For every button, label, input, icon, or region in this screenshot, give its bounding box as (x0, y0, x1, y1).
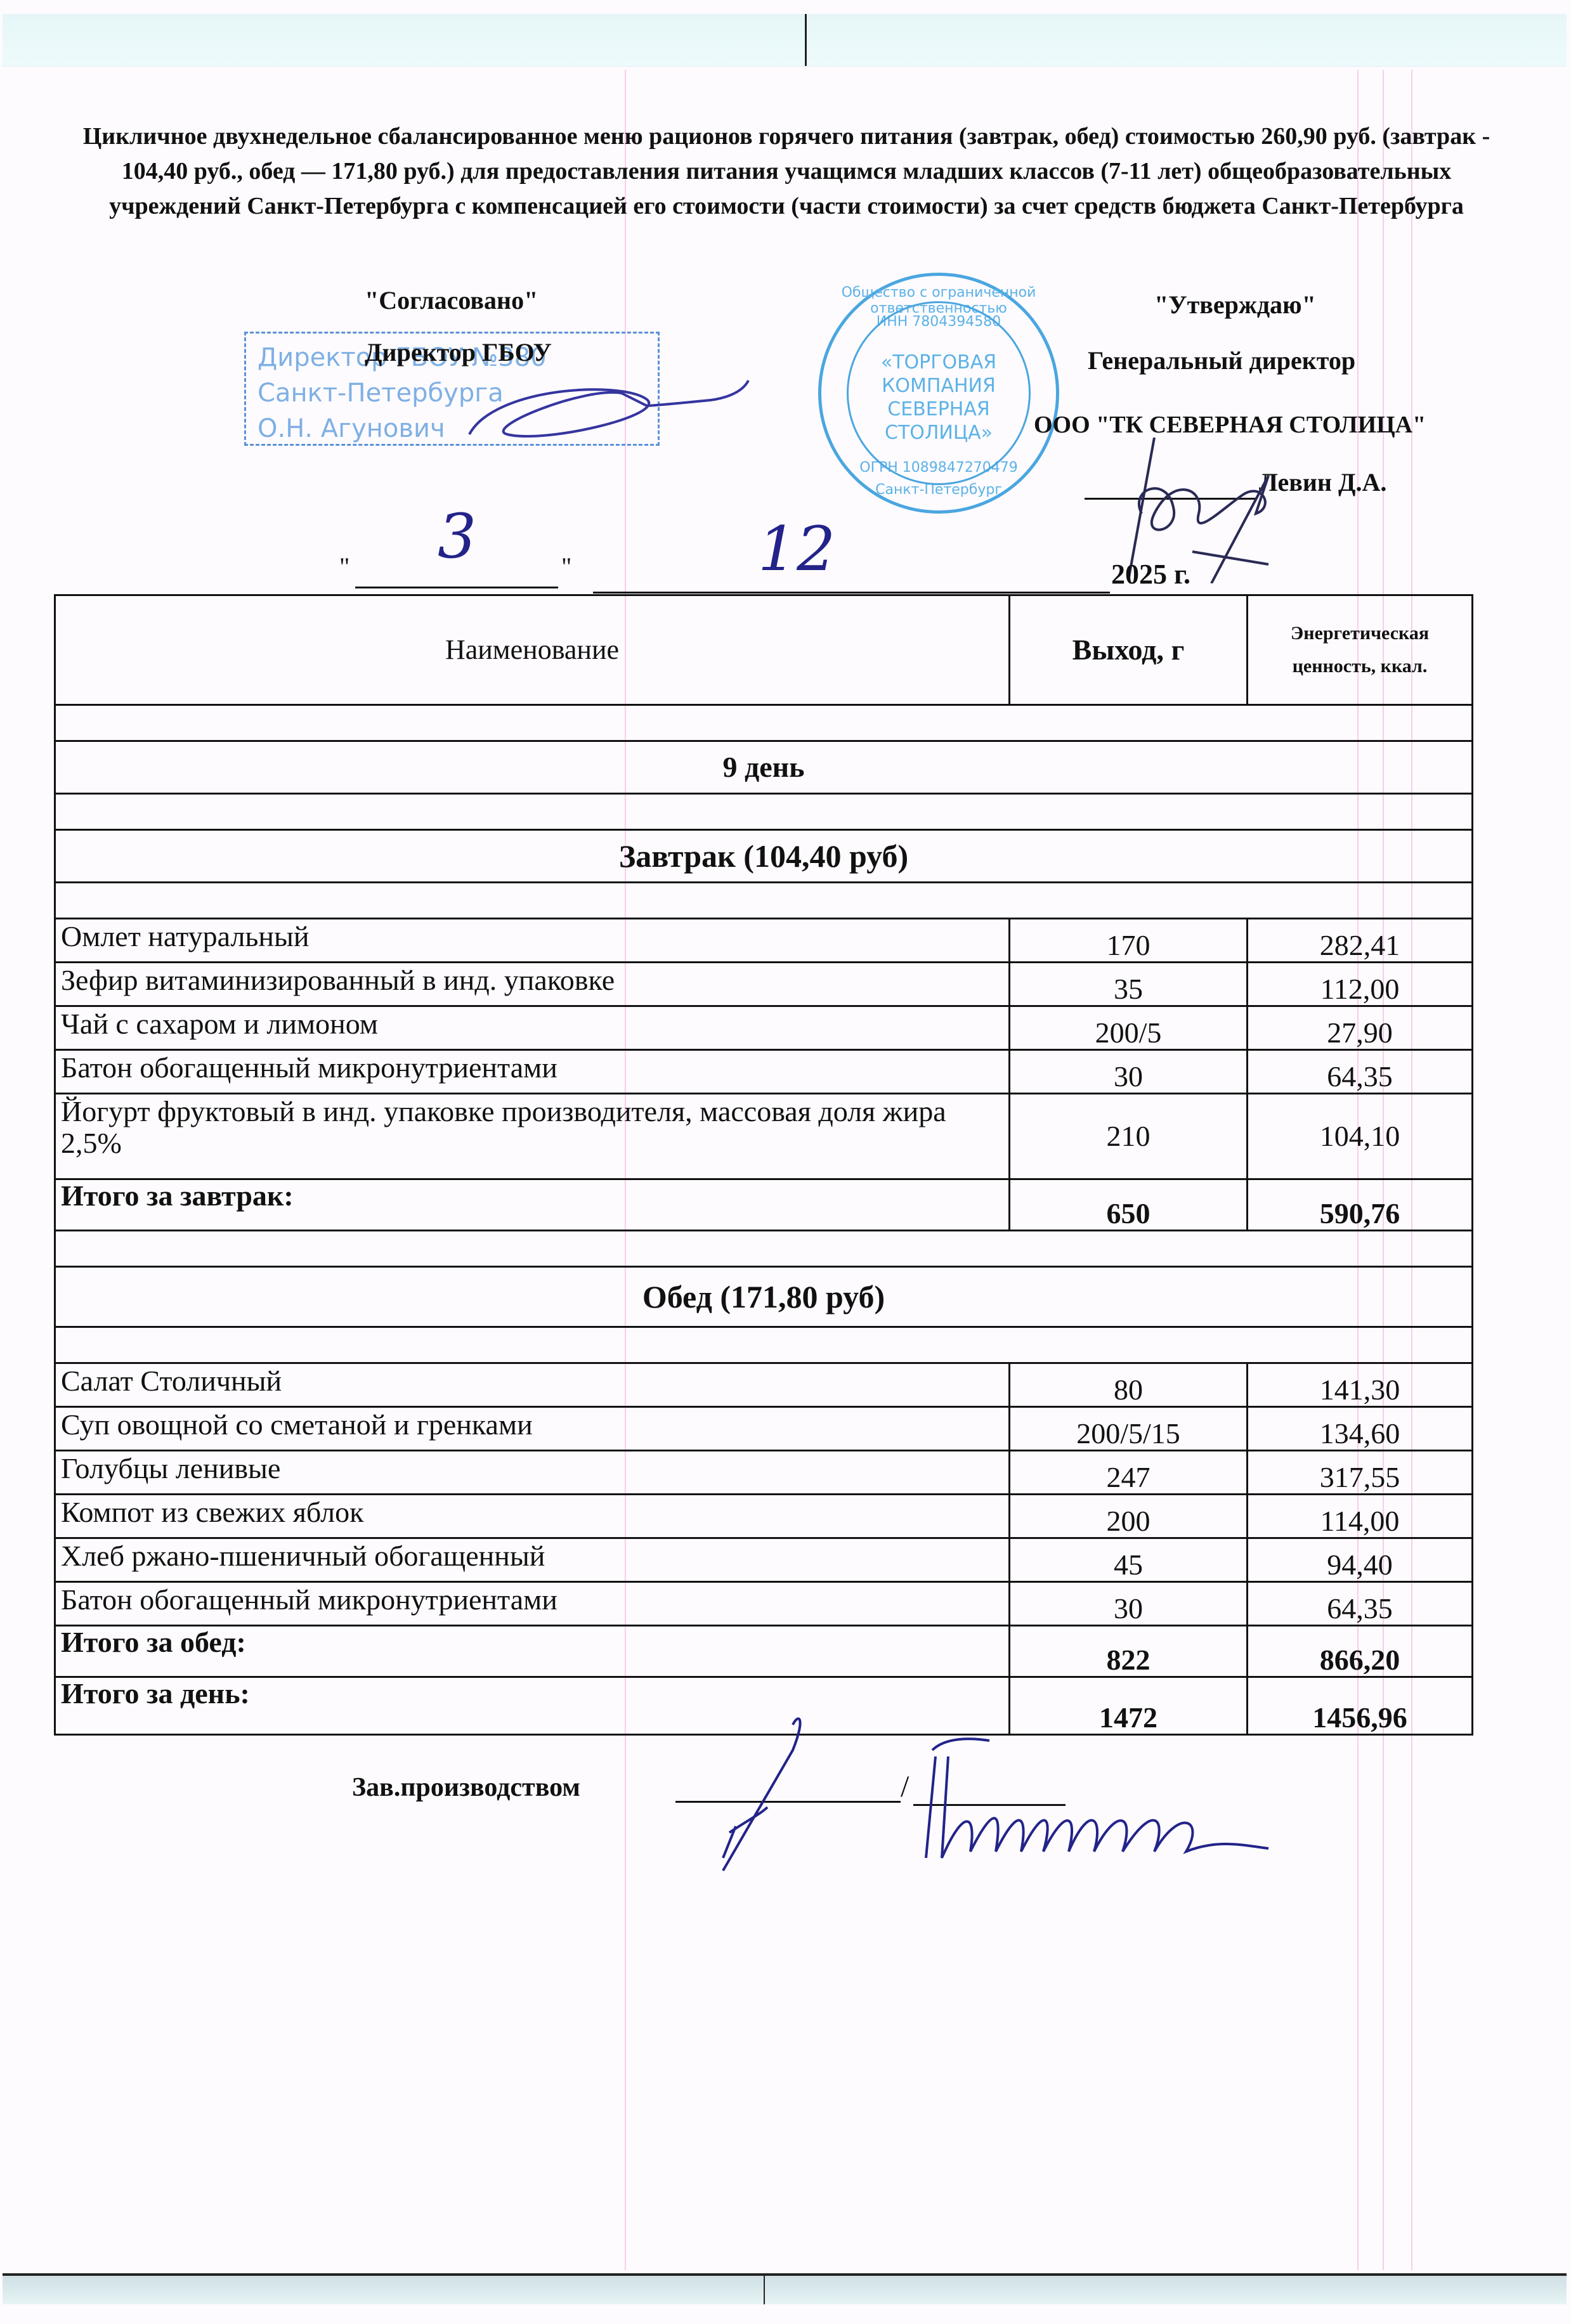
table-row: Компот из свежих яблок 200 114,00 (55, 1495, 1473, 1538)
dish-kcal: 64,35 (1248, 1050, 1473, 1094)
stamp-ring-text: Общество с ограниченной ответственностью (821, 285, 1056, 316)
dish-kcal: 104,10 (1248, 1094, 1473, 1179)
table-row: Чай с сахаром и лимоном 200/5 27,90 (55, 1006, 1473, 1050)
dish-kcal: 27,90 (1248, 1006, 1473, 1050)
dish-name: Компот из свежих яблок (55, 1495, 1010, 1538)
empty-row (55, 1327, 1473, 1363)
date-day-line (355, 587, 558, 588)
stamp-center-line: «ТОРГОВАЯ (821, 351, 1056, 374)
date-open-quote: " (339, 552, 349, 581)
dish-yield: 30 (1010, 1582, 1248, 1626)
dish-name: Чай с сахаром и лимоном (55, 1006, 1010, 1050)
date-year: 2025 г. (1111, 558, 1190, 590)
approved-label: "Утверждаю" (1154, 290, 1316, 320)
date-month: 12 (758, 514, 835, 585)
dish-kcal: 134,60 (1248, 1407, 1473, 1451)
empty-row (55, 794, 1473, 830)
total-kcal: 590,76 (1248, 1179, 1473, 1231)
dish-name: Салат Столичный (55, 1363, 1010, 1407)
date-day: 3 (438, 501, 476, 572)
dish-yield: 247 (1010, 1451, 1248, 1495)
total-kcal: 866,20 (1248, 1626, 1473, 1677)
approved-role: Генеральный директор (1088, 346, 1355, 375)
empty-row (55, 1231, 1473, 1267)
stamp-inn: ИНН 7804394580 (821, 314, 1056, 330)
dish-name: Батон обогащенный микронутриентами (55, 1050, 1010, 1094)
date-close-quote: " (561, 552, 571, 581)
header-energy: Энергетическая ценность, ккал. (1248, 595, 1473, 705)
total-label: Итого за обед: (55, 1626, 1010, 1677)
empty-row (55, 883, 1473, 919)
dish-yield: 45 (1010, 1538, 1248, 1582)
table-row: Йогурт фруктовый в инд. упаковке произво… (55, 1094, 1473, 1179)
scan-edge-top (3, 14, 1567, 67)
stamp-ogrn: ОГРН 1089847270479 (821, 460, 1056, 476)
dish-yield: 30 (1010, 1050, 1248, 1094)
stamp-center-line: СЕВЕРНАЯ (821, 398, 1056, 421)
document-title: Цикличное двухнедельное сбалансированное… (70, 119, 1503, 224)
table-row: Салат Столичный 80 141,30 (55, 1363, 1473, 1407)
dish-kcal: 141,30 (1248, 1363, 1473, 1407)
dish-name: Батон обогащенный микронутриентами (55, 1582, 1010, 1626)
total-label: Итого за завтрак: (55, 1179, 1010, 1231)
breakfast-title: Завтрак (104,40 руб) (55, 830, 1473, 883)
agreed-label: "Согласовано" (365, 285, 538, 315)
table-row: Батон обогащенный микронутриентами 30 64… (55, 1050, 1473, 1094)
scan-seam (805, 14, 807, 66)
table-row: Омлет натуральный 170 282,41 (55, 919, 1473, 963)
dish-name: Голубцы ленивые (55, 1451, 1010, 1495)
production-manager-signature (698, 1712, 1307, 1877)
stamp-center-line: СТОЛИЦА» (821, 421, 1056, 445)
dish-kcal: 94,40 (1248, 1538, 1473, 1582)
lunch-title: Обед (171,80 руб) (55, 1267, 1473, 1327)
table-row: Суп овощной со сметаной и гренками 200/5… (55, 1407, 1473, 1451)
dish-kcal: 114,00 (1248, 1495, 1473, 1538)
dish-kcal: 64,35 (1248, 1582, 1473, 1626)
dish-kcal: 317,55 (1248, 1451, 1473, 1495)
header-yield: Выход, г (1010, 595, 1248, 705)
dish-yield: 210 (1010, 1094, 1248, 1179)
table-header-row: Наименование Выход, г Энергетическая цен… (55, 595, 1473, 705)
dish-yield: 170 (1010, 919, 1248, 963)
empty-row (55, 705, 1473, 741)
scan-edge-bottom (3, 2273, 1567, 2304)
table-row: Зефир витаминизированный в инд. упаковке… (55, 963, 1473, 1006)
production-manager-label: Зав.производством (352, 1772, 580, 1803)
dish-name: Суп овощной со сметаной и гренками (55, 1407, 1010, 1451)
day-label: 9 день (55, 741, 1473, 794)
company-round-stamp: Общество с ограниченной ответственностью… (818, 273, 1059, 514)
breakfast-total-row: Итого за завтрак: 650 590,76 (55, 1179, 1473, 1231)
table-row: Батон обогащенный микронутриентами 30 64… (55, 1582, 1473, 1626)
stamp-city: Санкт-Петербург (821, 482, 1056, 498)
dish-name: Йогурт фруктовый в инд. упаковке произво… (55, 1094, 1010, 1179)
dish-kcal: 112,00 (1248, 963, 1473, 1006)
dish-name: Хлеб ржано-пшеничный обогащенный (55, 1538, 1010, 1582)
dish-kcal: 282,41 (1248, 919, 1473, 963)
header-name: Наименование (55, 595, 1010, 705)
approved-organization: ООО "ТК СЕВЕРНАЯ СТОЛИЦА" (1034, 411, 1426, 439)
date-month-line (593, 592, 1110, 594)
stamp-company-name: «ТОРГОВАЯ КОМПАНИЯ СЕВЕРНАЯ СТОЛИЦА» (821, 351, 1056, 445)
scan-seam (764, 2273, 765, 2304)
dish-name: Омлет натуральный (55, 919, 1010, 963)
total-yield: 650 (1010, 1179, 1248, 1231)
dish-name: Зефир витаминизированный в инд. упаковке (55, 963, 1010, 1006)
agreed-director-role: Директор ГБОУ (365, 337, 552, 367)
dish-yield: 200/5 (1010, 1006, 1248, 1050)
table-row: Хлеб ржано-пшеничный обогащенный 45 94,4… (55, 1538, 1473, 1582)
menu-table: Наименование Выход, г Энергетическая цен… (54, 594, 1473, 1736)
director-signature (457, 374, 761, 444)
lunch-total-row: Итого за обед: 822 866,20 (55, 1626, 1473, 1677)
dish-yield: 35 (1010, 963, 1248, 1006)
table-row: Голубцы ленивые 247 317,55 (55, 1451, 1473, 1495)
total-yield: 822 (1010, 1626, 1248, 1677)
stamp-center-line: КОМПАНИЯ (821, 374, 1056, 398)
dish-yield: 200/5/15 (1010, 1407, 1248, 1451)
dish-yield: 200 (1010, 1495, 1248, 1538)
dish-yield: 80 (1010, 1363, 1248, 1407)
